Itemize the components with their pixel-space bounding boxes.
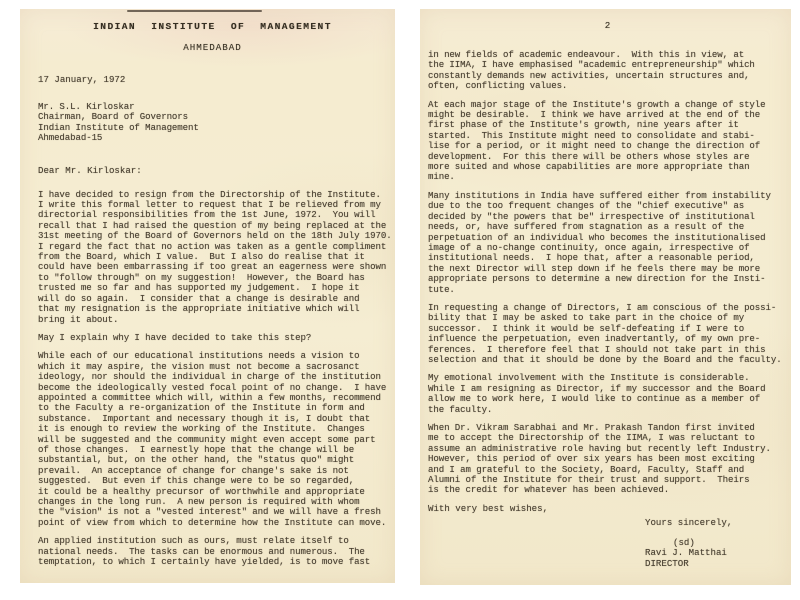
paragraph: My emotional involvement with the Instit…	[428, 373, 787, 415]
paragraph: When Dr. Vikram Sarabhai and Mr. Prakash…	[428, 423, 787, 496]
paragraph: I have decided to resign from the Direct…	[38, 190, 387, 325]
scan-artifact-line	[127, 10, 262, 12]
text-line: May I explain why I have decided to take…	[38, 333, 387, 343]
page-number: 2	[428, 20, 787, 31]
salutation: Dear Mr. Kirloskar:	[38, 165, 387, 176]
recipient-address: Mr. S.L. KirloskarChairman, Board of Gov…	[38, 102, 387, 144]
text-line: mine.	[428, 172, 787, 182]
text-line: it is enough to review the working of th…	[38, 424, 387, 434]
text-line: point of view from which to determine ho…	[38, 518, 387, 528]
text-line: bring it about.	[38, 315, 387, 325]
letter-page-2: 2 in new fields of academic endeavour. W…	[420, 9, 791, 585]
page2-body: in new fields of academic endeavour. Wit…	[428, 50, 787, 496]
signature-title: DIRECTOR	[645, 559, 787, 570]
paragraph: May I explain why I have decided to take…	[38, 333, 387, 343]
text-line: ideology, nor should the individual in c…	[38, 372, 387, 382]
text-line: the faculty.	[428, 405, 787, 415]
paragraph: In requesting a change of Directors, I a…	[428, 303, 787, 365]
text-line: Ahmedabad-15	[38, 133, 387, 143]
paragraph: While each of our educational institutio…	[38, 351, 387, 528]
letterhead-city: AHMEDABAD	[38, 42, 387, 53]
text-line: tute.	[428, 285, 787, 295]
paragraph: in new fields of academic endeavour. Wit…	[428, 50, 787, 92]
text-line: appropriate persons to determine a new d…	[428, 274, 787, 284]
page1-body: I have decided to resign from the Direct…	[38, 190, 387, 568]
text-line: often, conflicting values.	[428, 81, 787, 91]
text-line: influence the perpetuation, even inadver…	[428, 334, 787, 344]
letter-date: 17 January, 1972	[38, 74, 387, 85]
scanned-letter: INDIAN INSTITUTE OF MANAGEMENT AHMEDABAD…	[0, 0, 800, 600]
text-line: is the credit for whatever has been achi…	[428, 485, 787, 495]
text-line: selection and that it should be done by …	[428, 355, 787, 365]
letter-page-1: INDIAN INSTITUTE OF MANAGEMENT AHMEDABAD…	[20, 9, 395, 583]
text-line: temptation, to which I certainly have yi…	[38, 557, 387, 567]
signature-block: Yours sincerely, (sd) Ravi J. Matthai DI…	[645, 518, 787, 569]
paragraph: Many institutions in India have suffered…	[428, 191, 787, 295]
signoff-line: Yours sincerely,	[645, 518, 787, 529]
text-line: needs, or, have suffered from stagnation…	[428, 222, 787, 232]
letterhead-institute: INDIAN INSTITUTE OF MANAGEMENT	[38, 21, 387, 32]
text-line: that my resignation is the appropriate i…	[38, 304, 387, 314]
paragraph: An applied institution such as ours, mus…	[38, 536, 387, 567]
closing-line: With very best wishes,	[428, 504, 787, 514]
paragraph: At each major stage of the Institute's g…	[428, 100, 787, 183]
text-line: more suited and whose capabilities are m…	[428, 162, 787, 172]
